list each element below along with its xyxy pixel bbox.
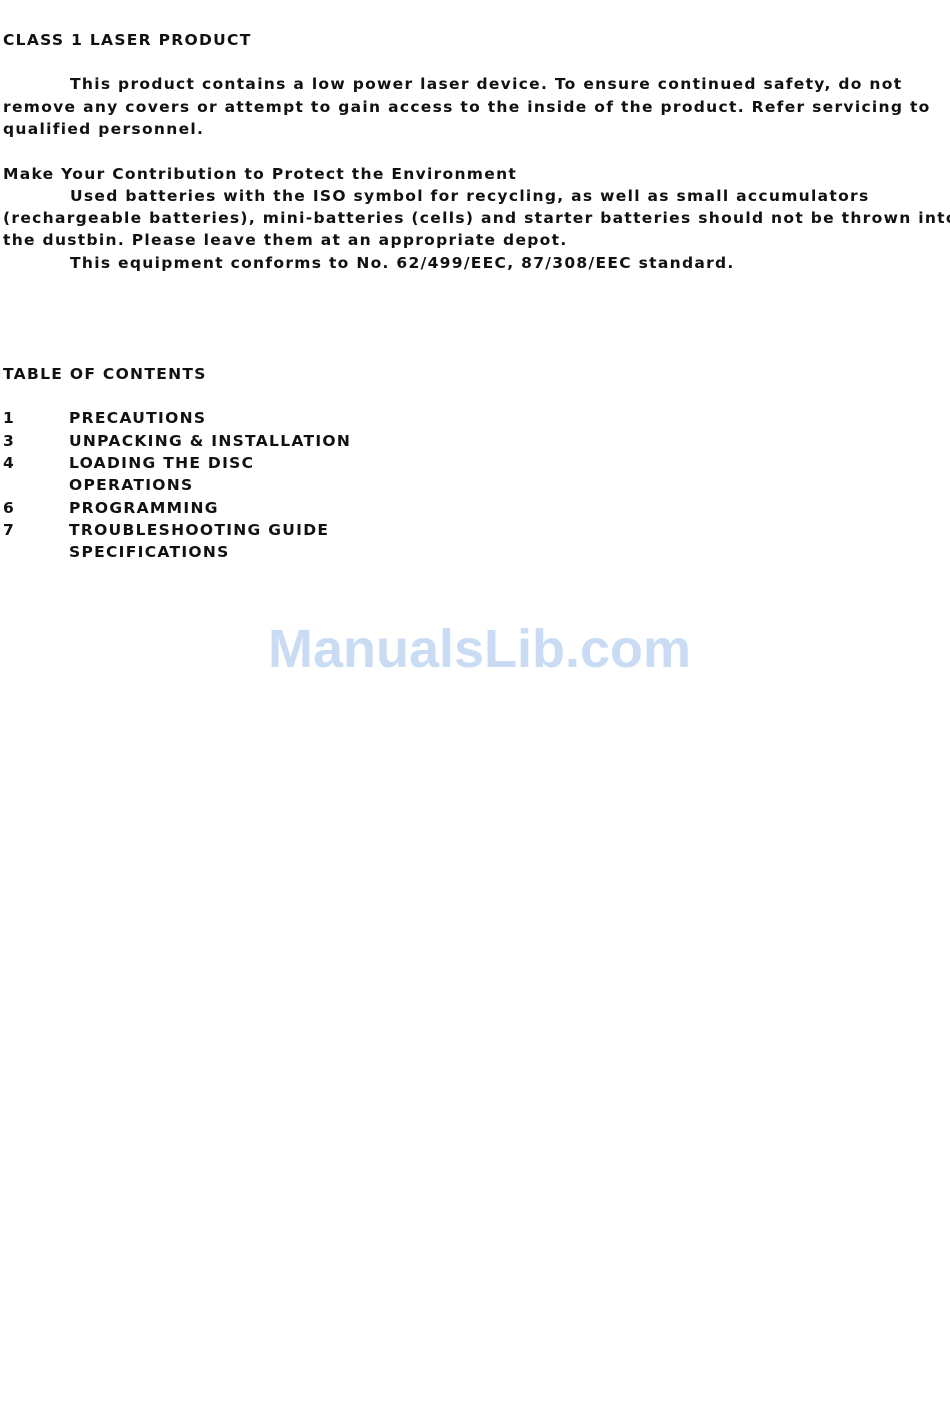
toc-title: UNPACKING & INSTALLATION <box>69 432 351 450</box>
laser-paragraph-line: remove any covers or attempt to gain acc… <box>3 96 931 118</box>
laser-paragraph-line: qualified personnel. <box>3 118 204 140</box>
laser-heading: CLASS 1 LASER PRODUCT <box>3 29 252 51</box>
toc-title: PRECAUTIONS <box>69 409 206 427</box>
environment-paragraph-line: the dustbin. Please leave them at an app… <box>3 229 568 251</box>
environment-paragraph-line: (rechargeable batteries), mini-batteries… <box>3 207 950 229</box>
toc-title: LOADING THE DISC <box>69 454 254 472</box>
toc-entry[interactable]: 6PROGRAMMING <box>3 497 219 519</box>
toc-title: OPERATIONS <box>69 476 194 494</box>
toc-entry[interactable]: 7TROUBLESHOOTING GUIDE <box>3 519 329 541</box>
watermark: ManualsLib.com <box>268 618 691 680</box>
toc-title: SPECIFICATIONS <box>69 543 230 561</box>
toc-heading: TABLE OF CONTENTS <box>3 363 207 385</box>
toc-page-number: 1 <box>3 407 69 429</box>
toc-entry[interactable]: SPECIFICATIONS <box>3 541 230 563</box>
toc-page-number: 4 <box>3 452 69 474</box>
toc-title: PROGRAMMING <box>69 499 219 517</box>
toc-entry[interactable]: 3UNPACKING & INSTALLATION <box>3 430 351 452</box>
toc-entry[interactable]: OPERATIONS <box>3 474 194 496</box>
toc-page-number: 3 <box>3 430 69 452</box>
toc-entry[interactable]: 4LOADING THE DISC <box>3 452 254 474</box>
toc-entry[interactable]: 1PRECAUTIONS <box>3 407 206 429</box>
toc-page-number: 7 <box>3 519 69 541</box>
toc-title: TROUBLESHOOTING GUIDE <box>69 521 329 539</box>
environment-paragraph-line: Used batteries with the ISO symbol for r… <box>3 185 870 207</box>
toc-page-number: 6 <box>3 497 69 519</box>
environment-heading: Make Your Contribution to Protect the En… <box>3 163 517 185</box>
laser-paragraph-line: This product contains a low power laser … <box>3 73 902 95</box>
conformity-statement: This equipment conforms to No. 62/499/EE… <box>3 252 735 274</box>
